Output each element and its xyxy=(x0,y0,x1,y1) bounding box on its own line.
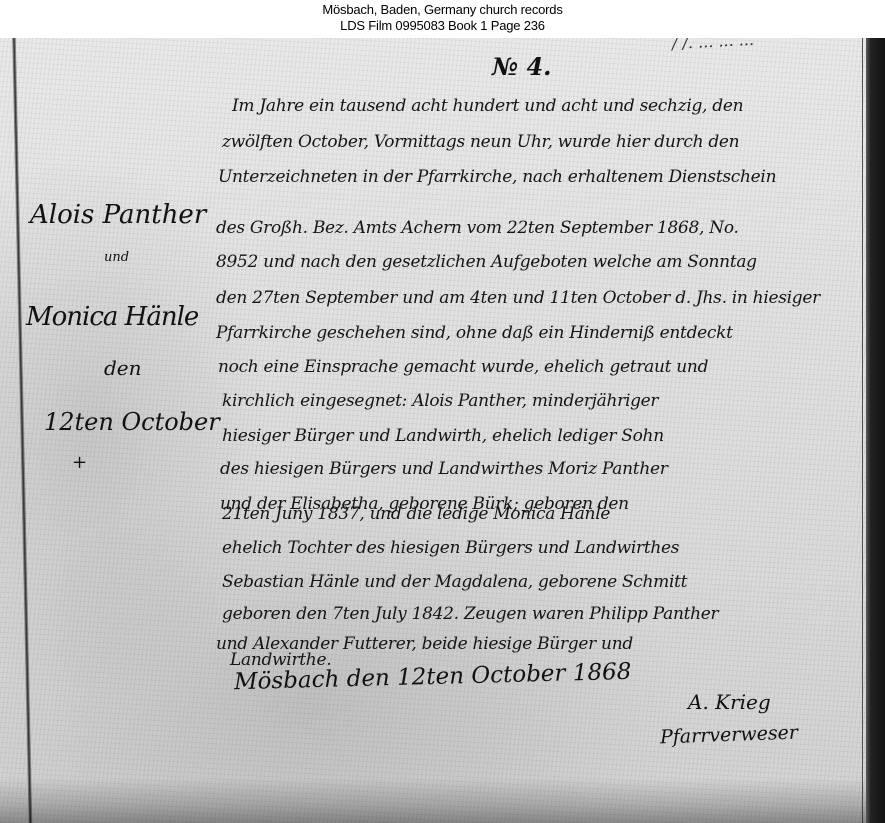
margin-cross-mark: + xyxy=(72,452,87,473)
document-caption: Mösbach, Baden, Germany church records L… xyxy=(0,0,885,38)
body-line: ehelich Tochter des hiesigen Bürgers und… xyxy=(222,538,679,558)
body-line: geboren den 7ten July 1842. Zeugen waren… xyxy=(222,604,718,624)
scanned-page: / /. ... ... ... № 4. Alois Panther und … xyxy=(0,38,885,823)
body-line: hiesiger Bürger und Landwirth, ehelich l… xyxy=(222,426,664,446)
record-number: № 4. xyxy=(492,52,552,81)
page-shadow xyxy=(0,778,866,823)
body-line: des Großh. Bez. Amts Achern vom 22ten Se… xyxy=(216,218,739,238)
body-line: Im Jahre ein tausend acht hundert und ac… xyxy=(232,96,743,116)
body-line: zwölften October, Vormittags neun Uhr, w… xyxy=(222,132,739,152)
body-line: des hiesigen Bürgers und Landwirthes Mor… xyxy=(220,459,668,479)
margin-and: und xyxy=(104,250,129,265)
caption-title: Mösbach, Baden, Germany church records xyxy=(0,2,885,18)
right-rule-line xyxy=(862,38,863,823)
margin-date: 12ten October xyxy=(44,408,220,436)
margin-bride-name: Monica Hänle xyxy=(26,302,198,332)
body-line: noch eine Einsprache gemacht wurde, ehel… xyxy=(218,357,708,377)
caption-source: LDS Film 0995083 Book 1 Page 236 xyxy=(0,18,885,34)
signature-name: A. Krieg xyxy=(688,690,771,714)
signature-title: Pfarrverweser xyxy=(660,722,799,749)
margin-den: den xyxy=(104,356,142,380)
corner-note: / /. ... ... ... xyxy=(672,38,755,53)
body-line: den 27ten September und am 4ten und 11te… xyxy=(216,288,820,308)
margin-groom-name: Alois Panther xyxy=(30,200,206,230)
body-line: 21ten Juny 1837, und die ledige Monica H… xyxy=(222,504,610,524)
body-line: 8952 und nach den gesetzlichen Aufgebote… xyxy=(216,252,757,272)
body-line: Sebastian Hänle und der Magdalena, gebor… xyxy=(222,572,687,592)
body-line: Pfarrkirche geschehen sind, ohne daß ein… xyxy=(216,323,733,343)
body-line: kirchlich eingesegnet: Alois Panther, mi… xyxy=(222,391,658,411)
body-line: Unterzeichneten in der Pfarrkirche, nach… xyxy=(218,167,776,187)
book-binding-edge xyxy=(866,38,885,823)
margin-rule-line xyxy=(12,38,32,823)
